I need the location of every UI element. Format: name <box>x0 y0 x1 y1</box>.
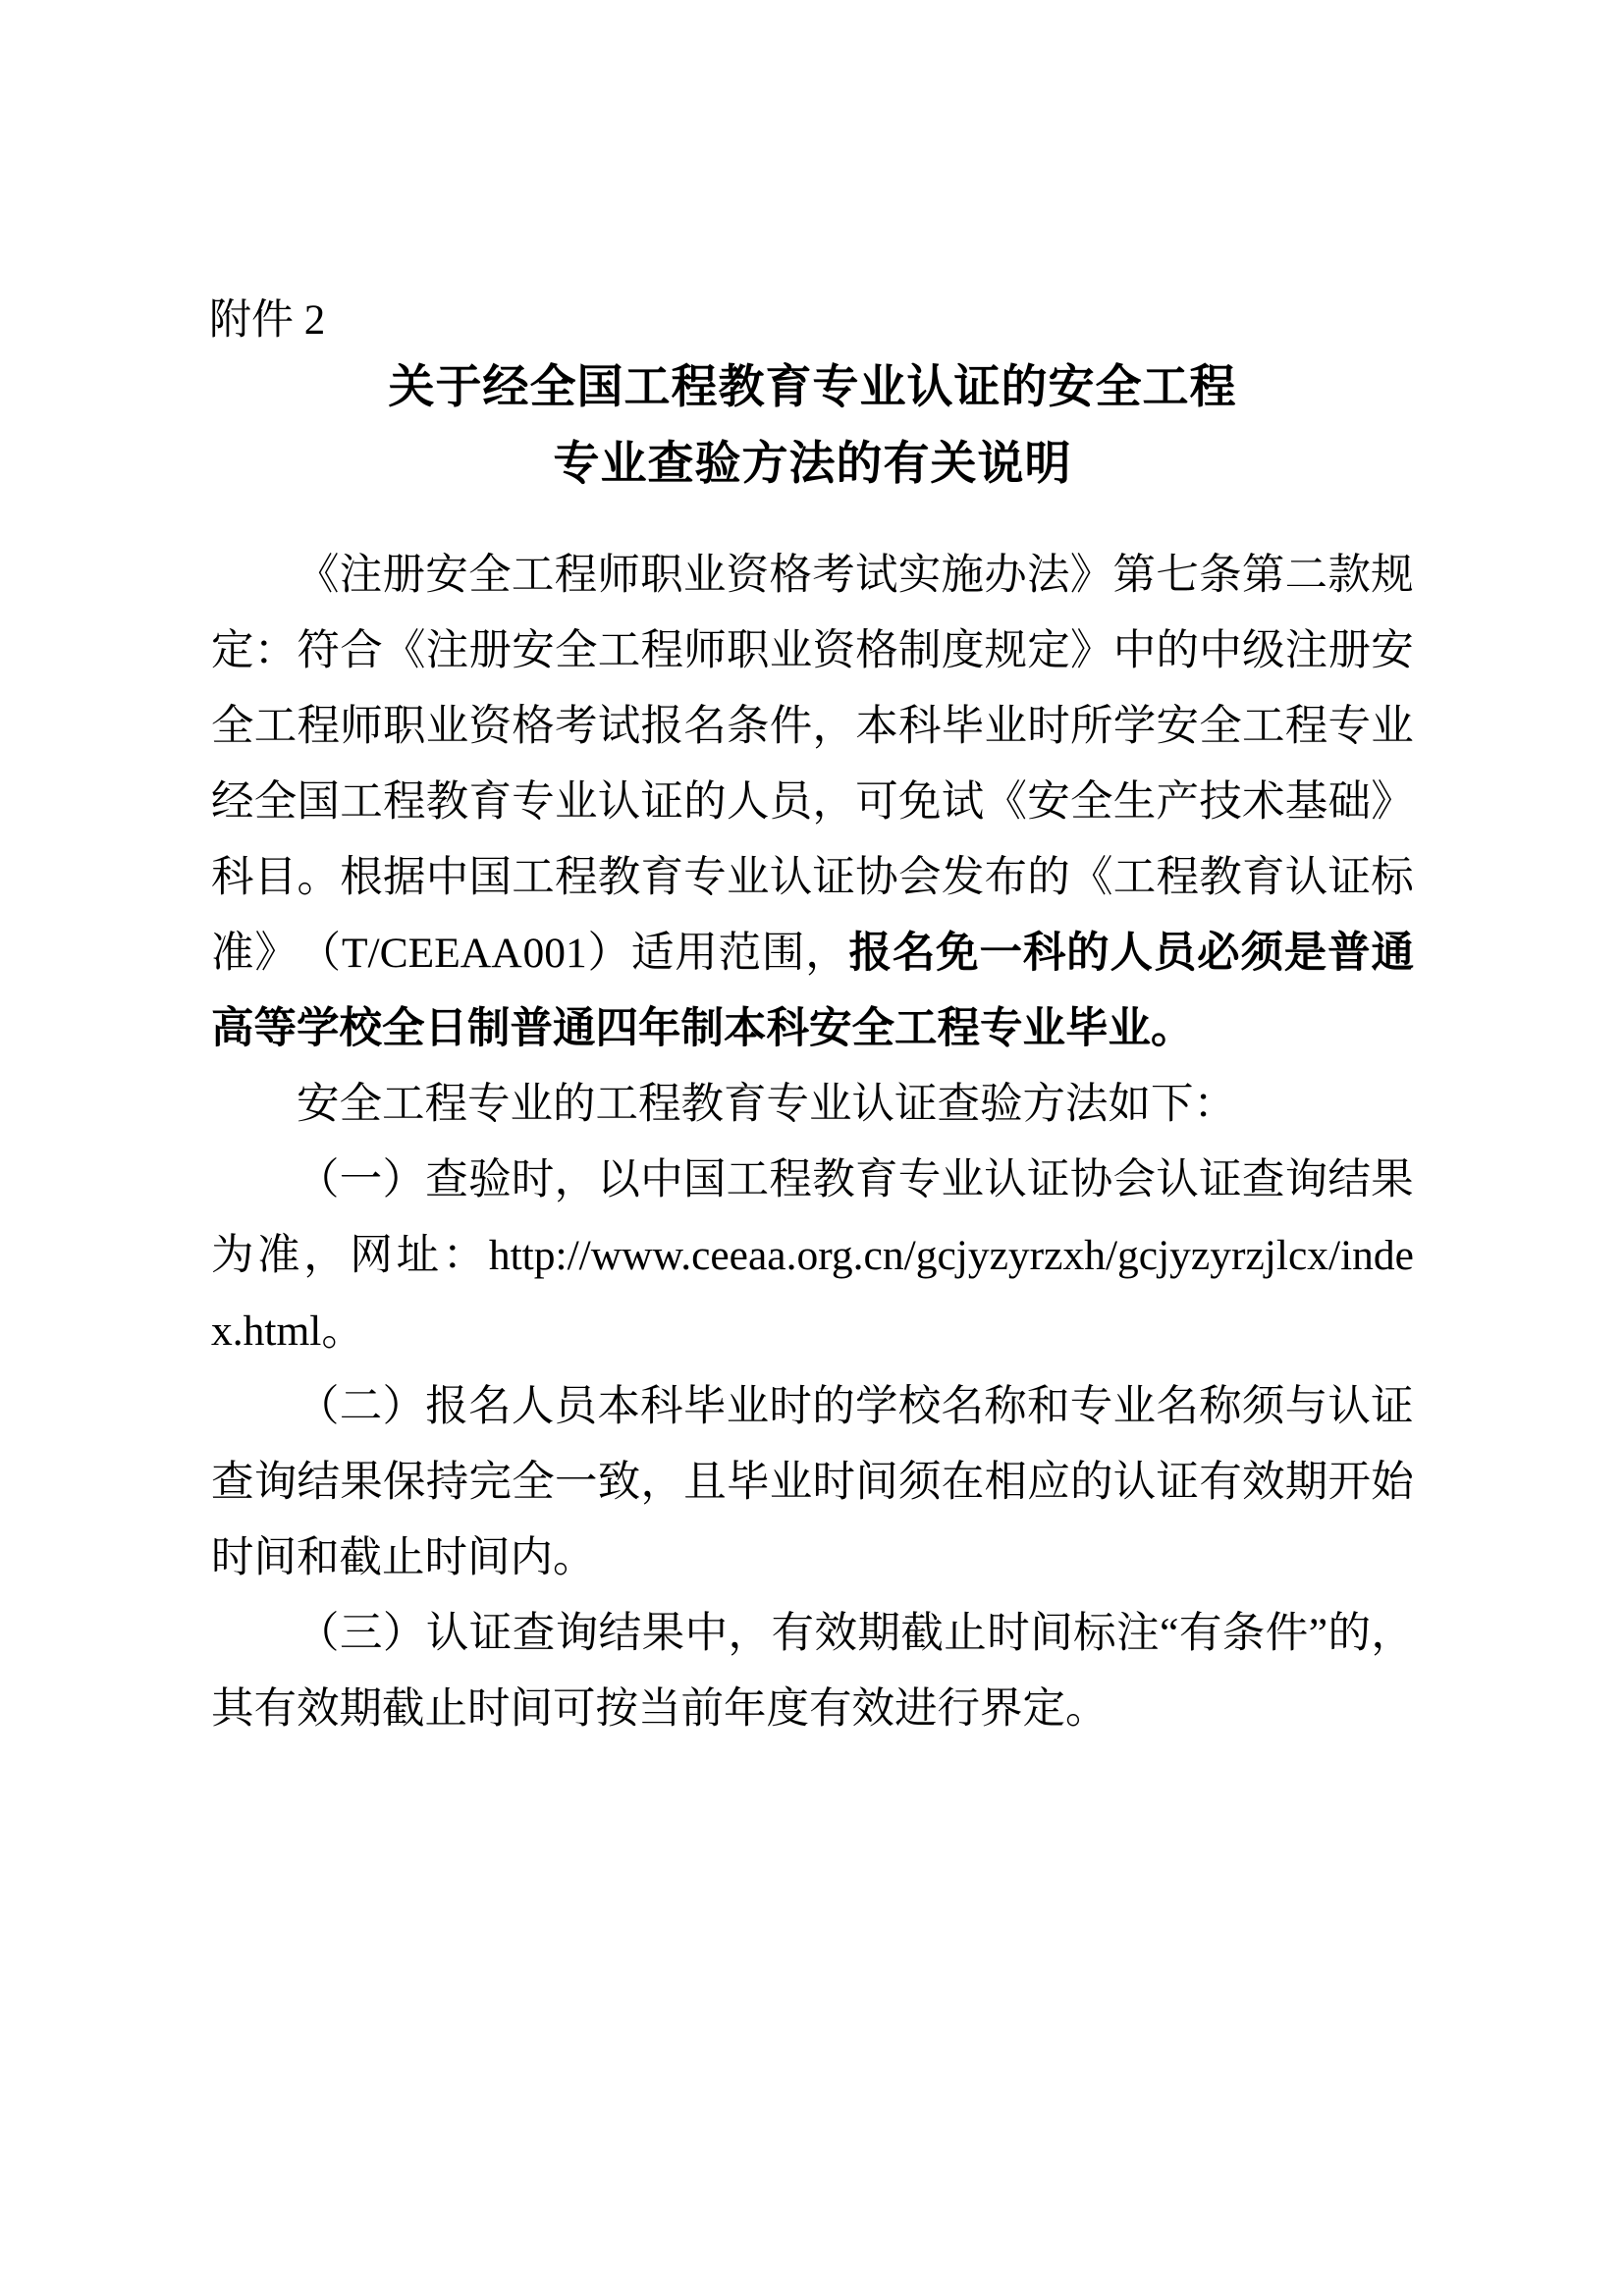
text-token: 办 <box>984 538 1027 614</box>
text-token: 程 <box>641 614 684 689</box>
text-token: 工 <box>340 765 383 840</box>
text-token: 名 <box>893 916 936 991</box>
text-token: 认 <box>984 1143 1027 1218</box>
body-line: 准》（T/CEEAA001）适用范围，报名免一科的人员必须是普通 <box>211 916 1414 991</box>
text-token: 毕 <box>727 1445 770 1521</box>
body-line: 定：符合《注册安全工程师职业资格制度规定》中的中级注册安 <box>211 614 1414 689</box>
text-token: 员 <box>1154 916 1197 991</box>
text-token: 果 <box>642 1596 685 1672</box>
text-token: 业 <box>426 689 469 765</box>
text-run: 高等学校全日制普通四年制本科安全工程专业毕业。 <box>211 1005 1194 1052</box>
text-token: 施 <box>941 538 984 614</box>
text-token: 技 <box>1199 765 1242 840</box>
text-token: 查 <box>425 1143 468 1218</box>
text-token: 员 <box>770 765 813 840</box>
body-line: 其有效期截止时间可按当前年度有效进行界定。 <box>211 1672 1414 1747</box>
text-token: 业 <box>1113 1369 1157 1445</box>
text-token: 基 <box>1285 765 1328 840</box>
text-token: 效 <box>1242 1445 1285 1521</box>
text-token: 》 <box>1070 538 1113 614</box>
text-token: 《 <box>383 614 426 689</box>
text-token: ， <box>303 1218 347 1294</box>
text-token: 通 <box>1371 916 1414 991</box>
text-token: 。 <box>298 840 341 916</box>
text-token: 程 <box>1285 689 1328 765</box>
text-token: 的 <box>1070 1445 1113 1521</box>
text-token: 工 <box>1242 689 1285 765</box>
text-token: 生 <box>1113 765 1157 840</box>
text-token: 证 <box>813 840 856 916</box>
text-token: 科 <box>211 840 254 916</box>
text-token: 安 <box>425 538 468 614</box>
text-token: ， <box>813 689 856 765</box>
text-token: 业 <box>727 1369 770 1445</box>
text-token: 条 <box>1222 1596 1266 1672</box>
document-body: 《注册安全工程师职业资格考试实施办法》第七条第二款规定：符合《注册安全工程师职业… <box>211 538 1414 1747</box>
text-token: 二 <box>1285 538 1328 614</box>
text-token: 中 <box>1113 614 1157 689</box>
text-token: 免 <box>936 916 979 991</box>
text-token: 根 <box>340 840 383 916</box>
text-token: 结 <box>599 1596 642 1672</box>
text-token: 称 <box>1199 1369 1242 1445</box>
text-token: 术 <box>1242 765 1285 840</box>
text-token: 查 <box>211 1445 254 1521</box>
text-token: 免 <box>898 765 942 840</box>
text-token: 第 <box>1113 538 1157 614</box>
text-token: ， <box>813 765 856 840</box>
text-token: 可 <box>855 765 898 840</box>
text-token: 报 <box>641 689 684 765</box>
text-token: 实 <box>898 538 942 614</box>
text-token: 报 <box>425 1369 468 1445</box>
text-token: 询 <box>1285 1143 1328 1218</box>
text-token: 程 <box>383 765 426 840</box>
text-token: 须 <box>898 1445 942 1521</box>
text-token: 适 <box>631 916 675 991</box>
text-token: 须 <box>1242 1369 1285 1445</box>
text-token: ， <box>1371 1596 1414 1672</box>
text-token: 有 <box>1179 1596 1222 1672</box>
text-token: 产 <box>1157 765 1200 840</box>
text-token: 安 <box>1371 614 1414 689</box>
text-token: 的 <box>1066 916 1110 991</box>
text-token: 格 <box>769 538 812 614</box>
text-token: 认 <box>1285 840 1328 916</box>
text-token: 件 <box>1266 1596 1309 1672</box>
body-line: x.html。 <box>211 1294 1414 1369</box>
text-token: 职 <box>640 538 683 614</box>
text-token: 名 <box>468 1369 512 1445</box>
text-token: 有 <box>1199 1445 1242 1521</box>
text-token: 完 <box>469 1445 513 1521</box>
text-token: 全 <box>1070 765 1113 840</box>
text-token: 业 <box>770 1445 813 1521</box>
text-token: 时 <box>769 1369 812 1445</box>
text-token: 符 <box>298 614 341 689</box>
text-token: 毕 <box>942 689 985 765</box>
text-token: 师 <box>597 538 640 614</box>
text-token: 师 <box>683 614 727 689</box>
text-token: 认 <box>1113 1445 1157 1521</box>
text-token: 查 <box>513 1596 556 1672</box>
text-token: 试 <box>855 538 898 614</box>
text-token: 业 <box>555 765 598 840</box>
body-line: 查询结果保持完全一致，且毕业时间须在相应的认证有效期开始 <box>211 1445 1414 1521</box>
text-token: 的 <box>1027 840 1070 916</box>
text-token: 认 <box>770 840 813 916</box>
text-token: 持 <box>426 1445 469 1521</box>
text-token: 业 <box>941 1143 984 1218</box>
text-token: 间 <box>1030 1596 1073 1672</box>
text-token: 围 <box>762 916 805 991</box>
text-token: 国 <box>298 765 341 840</box>
text-token: 》 <box>254 916 298 991</box>
text-token: 科 <box>640 1369 683 1445</box>
text-token: 国 <box>683 1143 727 1218</box>
text-token: 教 <box>598 840 641 916</box>
text-token: http://www.ceeaa.org.cn/gcjyzyrzxh/gcjyz… <box>489 1218 1414 1294</box>
text-token: 学 <box>855 1369 898 1445</box>
text-token: 育 <box>641 840 684 916</box>
text-token: 资 <box>727 538 770 614</box>
text-token: 度 <box>942 614 985 689</box>
text-token: 网 <box>350 1218 393 1294</box>
text-token: 会 <box>1113 1143 1157 1218</box>
text-token: 工 <box>598 614 641 689</box>
text-token: 育 <box>469 765 513 840</box>
text-token: 名 <box>941 1369 984 1445</box>
text-token: 001 <box>522 916 586 991</box>
text-token: 须 <box>1240 916 1283 991</box>
text-token: （ <box>297 1596 340 1672</box>
text-token: 和 <box>1027 1369 1070 1445</box>
text-token: 制 <box>898 614 942 689</box>
text-token: 范 <box>719 916 762 991</box>
text-token: 注 <box>1116 1596 1160 1672</box>
text-token: 注 <box>340 538 383 614</box>
text-token: 定 <box>211 614 254 689</box>
text-token: 且 <box>683 1445 727 1521</box>
text-token: 址 <box>397 1218 440 1294</box>
text-token: 标 <box>1073 1596 1116 1672</box>
text-token: 教 <box>1199 840 1242 916</box>
text-token: 工 <box>1113 840 1157 916</box>
text-token: 在 <box>942 1445 985 1521</box>
text-token: 全 <box>468 538 512 614</box>
text-token: 认 <box>598 765 641 840</box>
text-token: 规 <box>985 614 1028 689</box>
attachment-label: 附件 2 <box>209 296 325 346</box>
text-token: 名 <box>683 689 727 765</box>
text-run: 安全工程专业的工程教育专业认证查验方法如下： <box>297 1081 1236 1128</box>
text-token: 一 <box>340 1143 383 1218</box>
text-token: 国 <box>469 840 513 916</box>
text-token: ： <box>443 1218 486 1294</box>
text-token: ” <box>1309 1596 1327 1672</box>
body-line: 为准，网址：http://www.ceeaa.org.cn/gcjyzyrzxh… <box>211 1218 1414 1294</box>
text-token: 全 <box>211 689 254 765</box>
text-token: 询 <box>254 1445 298 1521</box>
text-token: 协 <box>1070 1143 1113 1218</box>
text-token: 础 <box>1328 765 1372 840</box>
body-line: 全工程师职业资格考试报名条件，本科毕业时所学安全工程专业 <box>211 689 1414 765</box>
text-token: 保 <box>383 1445 426 1521</box>
text-token: 标 <box>1371 840 1414 916</box>
text-token: 名 <box>1156 1369 1199 1445</box>
text-token: 册 <box>469 614 513 689</box>
text-token: 经 <box>211 765 254 840</box>
text-token: 称 <box>984 1369 1027 1445</box>
body-line: 高等学校全日制普通四年制本科安全工程专业毕业。 <box>211 991 1414 1067</box>
text-token: 册 <box>1328 614 1372 689</box>
text-token: 第 <box>1242 538 1285 614</box>
text-token: 有 <box>771 1596 814 1672</box>
text-token: 结 <box>298 1445 341 1521</box>
text-token: 育 <box>855 1143 898 1218</box>
text-token: 认 <box>426 1596 469 1672</box>
text-token: 资 <box>813 614 856 689</box>
text-token: 合 <box>340 614 383 689</box>
text-token: 应 <box>1027 1445 1070 1521</box>
text-token: 果 <box>340 1445 383 1521</box>
text-token: 》 <box>1070 614 1113 689</box>
text-token: 相 <box>985 1445 1028 1521</box>
text-token: 试 <box>598 689 641 765</box>
text-token: 工 <box>512 538 555 614</box>
text-token: 二 <box>340 1369 383 1445</box>
text-token: 全 <box>1199 689 1242 765</box>
text-token: 据 <box>383 840 426 916</box>
text-token: 校 <box>898 1369 942 1445</box>
body-line: （一）查验时，以中国工程教育专业认证协会认证查询结果 <box>211 1143 1414 1218</box>
text-token: 止 <box>944 1596 987 1672</box>
text-token: 本 <box>855 689 898 765</box>
text-token: 工 <box>512 840 555 916</box>
text-token: 验 <box>468 1143 512 1218</box>
document-page: 附件 2 关于经全国工程教育专业认证的安全工程 专业查验方法的有关说明 《注册安… <box>0 0 1624 2296</box>
text-token: 中 <box>426 840 469 916</box>
text-token: 果 <box>1371 1143 1414 1218</box>
text-token: 专 <box>683 840 727 916</box>
text-token: 报 <box>849 916 893 991</box>
text-token: 认 <box>1327 1369 1371 1445</box>
text-token: 间 <box>855 1445 898 1521</box>
text-token: 定 <box>1027 614 1070 689</box>
text-token: 员 <box>555 1369 598 1445</box>
text-token: 证 <box>1027 1143 1070 1218</box>
text-token: ， <box>641 1445 684 1521</box>
text-token: 布 <box>985 840 1028 916</box>
text-token: 业 <box>770 614 813 689</box>
text-token: 中 <box>640 1143 683 1218</box>
text-token: ） <box>383 1143 426 1218</box>
text-token: 开 <box>1328 1445 1372 1521</box>
text-token: ， <box>805 916 848 991</box>
text-token: ， <box>555 1143 598 1218</box>
text-token: 认 <box>1156 1143 1199 1218</box>
text-token: ： <box>254 614 298 689</box>
body-line: 《注册安全工程师职业资格考试实施办法》第七条第二款规 <box>211 538 1414 614</box>
text-token: 职 <box>727 614 770 689</box>
text-token: 程 <box>769 1143 812 1218</box>
text-token: 科 <box>898 689 942 765</box>
text-token: “ <box>1160 1596 1178 1672</box>
text-token: 所 <box>1070 689 1113 765</box>
text-token: 规 <box>1371 538 1414 614</box>
text-token: 全 <box>254 765 298 840</box>
text-token: 的 <box>812 1369 855 1445</box>
text-token: 注 <box>426 614 469 689</box>
text-token: 时 <box>512 1143 555 1218</box>
text-token: 业 <box>727 840 770 916</box>
text-token: 证 <box>469 1596 513 1672</box>
text-token: 《 <box>1070 840 1113 916</box>
text-token: 全 <box>555 614 598 689</box>
text-token: 资 <box>469 689 513 765</box>
text-token: 一 <box>555 1445 598 1521</box>
text-token: 证 <box>1199 1143 1242 1218</box>
text-token: 本 <box>597 1369 640 1445</box>
text-token: 全 <box>512 1445 555 1521</box>
document-title: 关于经全国工程教育专业认证的安全工程 专业查验方法的有关说明 <box>211 349 1414 503</box>
text-token: 用 <box>675 916 718 991</box>
text-token: 证 <box>1371 1369 1414 1445</box>
text-token: 专 <box>512 765 555 840</box>
text-token: 中 <box>685 1596 729 1672</box>
body-line: 安全工程专业的工程教育专业认证查验方法如下： <box>211 1067 1414 1143</box>
body-line: （二）报名人员本科毕业时的学校名称和专业名称须与认证 <box>211 1369 1414 1445</box>
text-token: （ <box>297 1143 340 1218</box>
text-token: 的 <box>683 765 727 840</box>
text-token: 考 <box>812 538 855 614</box>
text-token: 考 <box>555 689 598 765</box>
text-token: 格 <box>512 689 555 765</box>
text-token: 一 <box>980 916 1023 991</box>
document-title-line1: 关于经全国工程教育专业认证的安全工程 <box>211 349 1414 426</box>
text-token: （ <box>298 916 342 991</box>
text-run: 其有效期截止时间可按当前年度有效进行界定。 <box>211 1685 1109 1733</box>
text-run: 时间和截止时间内。 <box>211 1534 596 1581</box>
text-token: 期 <box>857 1596 900 1672</box>
text-token: 时 <box>987 1596 1030 1672</box>
text-token: 为 <box>211 1218 254 1294</box>
text-token: 准 <box>257 1218 300 1294</box>
text-token: 法 <box>1027 538 1070 614</box>
text-token: 程 <box>1157 840 1200 916</box>
text-token: 七 <box>1156 538 1199 614</box>
text-token: 业 <box>1371 689 1414 765</box>
text-token: 普 <box>1327 916 1371 991</box>
text-token: 学 <box>1113 689 1157 765</box>
text-token: 查 <box>1242 1143 1285 1218</box>
text-token: 级 <box>1242 614 1285 689</box>
document-title-line2: 专业查验方法的有关说明 <box>211 426 1414 503</box>
text-token: ） <box>383 1369 426 1445</box>
text-token: 证 <box>641 765 684 840</box>
text-token: （ <box>297 1369 340 1445</box>
text-token: 《 <box>297 538 340 614</box>
text-token: 业 <box>683 538 727 614</box>
text-token: 证 <box>1328 840 1372 916</box>
text-token: 《 <box>985 765 1028 840</box>
text-token: 程 <box>555 840 598 916</box>
text-token: 致 <box>598 1445 641 1521</box>
text-token: 程 <box>298 689 341 765</box>
text-token: 证 <box>1157 1445 1200 1521</box>
text-token: 是 <box>1284 916 1327 991</box>
text-token: 效 <box>814 1596 857 1672</box>
text-token: 时 <box>1027 689 1070 765</box>
text-token: 业 <box>985 689 1028 765</box>
text-token: 教 <box>812 1143 855 1218</box>
text-token: 册 <box>383 538 426 614</box>
text-token: 工 <box>254 689 298 765</box>
text-token: 结 <box>1327 1143 1371 1218</box>
text-token: 与 <box>1285 1369 1328 1445</box>
text-token: 目 <box>254 840 298 916</box>
text-token: 三 <box>340 1596 383 1672</box>
text-token: 件 <box>770 689 813 765</box>
text-token: 毕 <box>683 1369 727 1445</box>
text-token: 协 <box>855 840 898 916</box>
text-token: ， <box>729 1596 772 1672</box>
text-token: 职 <box>383 689 426 765</box>
text-token: 发 <box>942 840 985 916</box>
text-token: 》 <box>1371 765 1414 840</box>
text-token: 教 <box>426 765 469 840</box>
text-token: 安 <box>1157 689 1200 765</box>
text-token: 人 <box>727 765 770 840</box>
text-token: ） <box>383 1596 426 1672</box>
text-token: 格 <box>855 614 898 689</box>
text-token: 款 <box>1327 538 1371 614</box>
text-token: 的 <box>1327 1596 1371 1672</box>
body-line: 经全国工程教育专业认证的人员，可免试《安全生产技术基础》 <box>211 765 1414 840</box>
text-token: 安 <box>512 614 555 689</box>
text-token: 安 <box>1027 765 1070 840</box>
text-token: 条 <box>727 689 770 765</box>
body-line: 科目。根据中国工程教育专业认证协会发布的《工程教育认证标 <box>211 840 1414 916</box>
body-line: （三）认证查询结果中，有效期截止时间标注“有条件”的， <box>211 1596 1414 1672</box>
text-token: 专 <box>1328 689 1372 765</box>
text-token: 始 <box>1371 1445 1414 1521</box>
text-token: 专 <box>1070 1369 1113 1445</box>
text-token: 准 <box>211 916 254 991</box>
text-token: 以 <box>597 1143 640 1218</box>
text-token: 必 <box>1197 916 1240 991</box>
text-token: 人 <box>1110 916 1153 991</box>
text-token: 师 <box>340 689 383 765</box>
text-token: 育 <box>1242 840 1285 916</box>
text-run: x.html。 <box>211 1308 364 1355</box>
text-token: 的 <box>1157 614 1200 689</box>
text-token: T/CEEAA <box>342 916 522 991</box>
text-token: 人 <box>512 1369 555 1445</box>
text-token: 会 <box>898 840 942 916</box>
text-token: 条 <box>1199 538 1242 614</box>
text-token: 截 <box>900 1596 944 1672</box>
text-token: 科 <box>1023 916 1066 991</box>
text-token: 时 <box>813 1445 856 1521</box>
text-token: ） <box>588 916 631 991</box>
text-token: 期 <box>1285 1445 1328 1521</box>
text-token: 专 <box>898 1143 942 1218</box>
text-token: 询 <box>556 1596 599 1672</box>
text-token: 工 <box>727 1143 770 1218</box>
text-token: 注 <box>1285 614 1328 689</box>
text-token: 试 <box>942 765 985 840</box>
